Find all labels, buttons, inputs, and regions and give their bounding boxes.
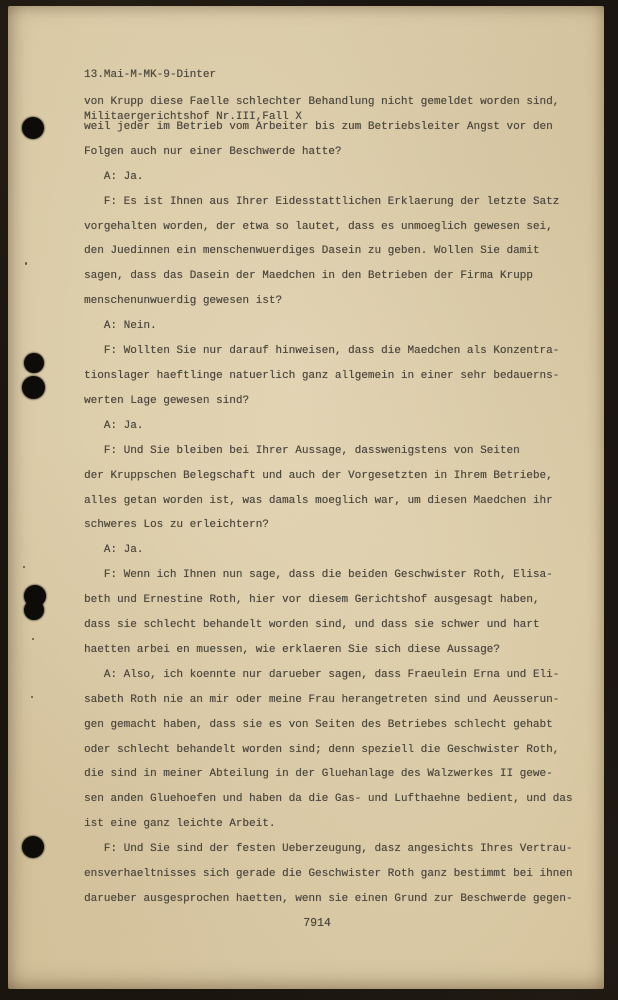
transcript-line: haetten arbei en muessen, wie erklaeren … <box>84 638 596 663</box>
punch-hole <box>22 376 45 399</box>
transcript-line: beth und Ernestine Roth, hier vor diesem… <box>84 588 596 613</box>
transcript-line: alles getan worden ist, was damals moegl… <box>84 489 596 514</box>
transcript-line: ensverhaeltnisses sich gerade die Geschw… <box>84 862 596 887</box>
transcript-line: sen anden Gluehoefen und haben da die Ga… <box>84 787 596 812</box>
transcript-line: von Krupp diese Faelle schlechter Behand… <box>84 90 596 115</box>
punch-hole <box>24 353 44 373</box>
punch-hole <box>22 117 44 139</box>
transcript-line: A: Ja. <box>84 165 596 190</box>
transcript-line: der Kruppschen Belegschaft und auch der … <box>84 464 596 489</box>
paper-speck <box>31 696 33 698</box>
transcript-line: F: Wollten Sie nur darauf hinweisen, das… <box>84 339 596 364</box>
transcript-line: sagen, dass das Dasein der Maedchen in d… <box>84 264 596 289</box>
transcript-line: weil jeder im Betrieb vom Arbeiter bis z… <box>84 115 596 140</box>
paper-speck <box>25 262 27 265</box>
transcript-line: sabeth Roth nie an mir oder meine Frau h… <box>84 688 596 713</box>
paper-speck <box>32 638 34 640</box>
transcript-body: von Krupp diese Faelle schlechter Behand… <box>84 90 596 912</box>
transcript-line: A: Nein. <box>84 314 596 339</box>
header-session-line: 13.Mai-M-MK-9-Dinter <box>84 68 302 82</box>
transcript-line: F: Wenn ich Ihnen nun sage, dass die bei… <box>84 563 596 588</box>
transcript-line: werten Lage gewesen sind? <box>84 389 596 414</box>
transcript-line: tionslager haeftlinge natuerlich ganz al… <box>84 364 596 389</box>
transcript-line: gen gemacht haben, dass sie es von Seite… <box>84 713 596 738</box>
transcript-line: A: Ja. <box>84 538 596 563</box>
punch-hole <box>22 836 44 858</box>
transcript-line: schweres Los zu erleichtern? <box>84 513 596 538</box>
transcript-line: F: Es ist Ihnen aus Ihrer Eidesstattlich… <box>84 190 596 215</box>
punch-hole <box>24 600 44 620</box>
paper-speck <box>23 566 25 568</box>
document-page: 13.Mai-M-MK-9-Dinter Militaergerichtshof… <box>8 6 604 989</box>
transcript-line: F: Und Sie sind der festen Ueberzeugung,… <box>84 837 596 862</box>
page-number: 7914 <box>287 917 347 930</box>
transcript-line: die sind in meiner Abteilung in der Glue… <box>84 762 596 787</box>
transcript-line: darueber ausgesprochen haetten, wenn sie… <box>84 887 596 912</box>
transcript-line: menschenunwuerdig gewesen ist? <box>84 289 596 314</box>
transcript-line: A: Ja. <box>84 414 596 439</box>
transcript-line: A: Also, ich koennte nur darueber sagen,… <box>84 663 596 688</box>
transcript-line: den Juedinnen ein menschenwuerdiges Dase… <box>84 239 596 264</box>
transcript-line: vorgehalten worden, der etwa so lautet, … <box>84 215 596 240</box>
transcript-line: F: Und Sie bleiben bei Ihrer Aussage, da… <box>84 439 596 464</box>
transcript-line: Folgen auch nur einer Beschwerde hatte? <box>84 140 596 165</box>
transcript-line: oder schlecht behandelt worden sind; den… <box>84 738 596 763</box>
transcript-line: dass sie schlecht behandelt worden sind,… <box>84 613 596 638</box>
scan-background: 13.Mai-M-MK-9-Dinter Militaergerichtshof… <box>0 0 618 1000</box>
transcript-line: ist eine ganz leichte Arbeit. <box>84 812 596 837</box>
